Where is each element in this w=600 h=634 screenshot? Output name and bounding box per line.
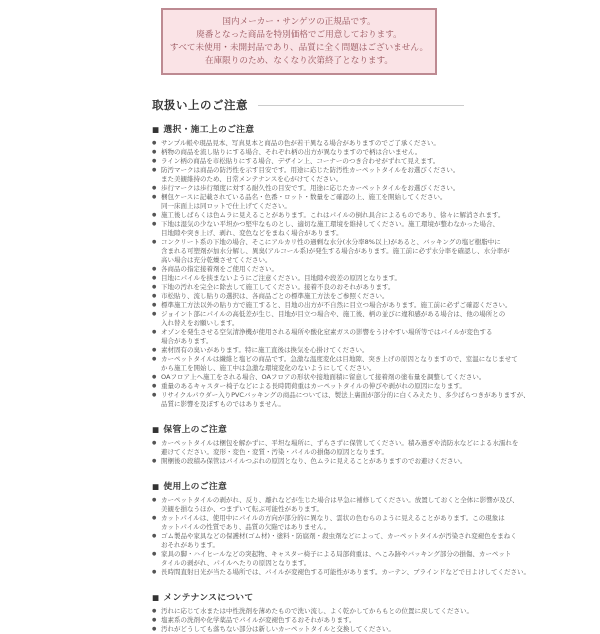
- bullet-icon: ●: [152, 496, 156, 505]
- notice-item: ●カットパイルは、使用中にパイルの方向が部分的に異なり、雲状の色むらのように見え…: [152, 514, 464, 532]
- bullet-icon: ●: [152, 457, 156, 466]
- notice-item-text: 開梱後の段積み保管はパイルつぶれの原因となり、色ムラに見えることがありますのでお…: [161, 457, 467, 465]
- notice-item-text: 歩行マークは歩行頻度に対する耐久性の目安です。用途に応じたカーペットタイルをお選…: [161, 184, 459, 192]
- notice-item-text: 施工後しばらくは色ムラに見えることがあります。これはパイルの倒れ具合によるもので…: [161, 211, 504, 219]
- bullet-icon: ●: [152, 391, 156, 400]
- section: ■使用上のご注意●カーペットタイルの剥がれ、反り、離れなどが生じた場合は早急に補…: [152, 479, 464, 577]
- bullet-icon: ●: [152, 328, 156, 337]
- notice-item: ●サンプル帳や現品見本、写真見本と商品の色が若干異なる場合がありますのでご了承く…: [152, 139, 464, 148]
- bullet-icon: ●: [152, 382, 156, 391]
- notice-item: ●汚れに応じて水または中性洗剤を薄めたもので洗い流し、よく乾かしてからもとの位置…: [152, 607, 464, 616]
- notice-item-text: ゴム製品や家具などの保護材(ゴム材)・塗料・防腐剤・殺虫剤などによって、カーペッ…: [161, 532, 517, 549]
- notice-item: ●防汚マークは商品の防汚性を示す目安です。用途に応じた防汚性カーペットタイルをお…: [152, 166, 464, 184]
- bullet-icon: ●: [152, 283, 156, 292]
- bullet-icon: ●: [152, 238, 156, 247]
- notice-item-text: 標準施工方法以外の貼り方で施工すると、目地の出方が不自然に目立つ場合があります。…: [161, 301, 511, 309]
- section-title: ■保管上のご注意: [152, 422, 464, 435]
- notice-line: すべて未使用・未開封品であり、品質に全く問題はございません。: [165, 42, 433, 55]
- notice-item: ●素材固有の臭いがあります。特に施工直後は換気を心掛けてください。: [152, 346, 464, 355]
- title-rule-divider: [258, 105, 464, 106]
- bullet-icon: ●: [152, 166, 156, 175]
- notice-item: ●汚れがどうしても落ちない部分は新しいカーペットタイルと交換してください。: [152, 625, 464, 634]
- notice-item: ●OAフロア上へ施工をされる場合、OAフロアの形状や接地面積に留意して接着剤の塗…: [152, 373, 464, 382]
- notice-item-text: 目地にパイルを挟まないようにご注意ください。目地隙や段差の原因となります。: [161, 274, 401, 282]
- square-marker-icon: ■: [152, 125, 159, 134]
- notice-item-text: 重量のあるキャスター椅子などによる長時間荷重はカーペットタイルの伸びや剥がれの原…: [161, 382, 466, 390]
- notice-item: ●ジョイント部にパイルの高低差が生じ、目地が目立つ場合や、施工後、柄の並びに違和…: [152, 310, 464, 328]
- notice-box: 国内メーカー・サンゲツの正規品です。廃番となった商品を特別価格でご用意しておりま…: [161, 8, 437, 75]
- notice-item: ●オゾンを発生させる空気清浄機が使用される場所や酸化窒素ガスの影響をうけやすい場…: [152, 328, 464, 346]
- section-title: ■使用上のご注意: [152, 479, 464, 492]
- notice-item: ●目地にパイルを挟まないようにご注意ください。目地隙や段差の原因となります。: [152, 274, 464, 283]
- notice-item-text: 素材固有の臭いがあります。特に施工直後は換気を心掛けてください。: [161, 346, 368, 354]
- section-title-label: 保管上のご注意: [163, 425, 227, 435]
- square-marker-icon: ■: [152, 482, 159, 491]
- notice-item: ●ライン柄の商品を市松貼りにする場合、デザイン上、コーナーのつき合わせがずれて見…: [152, 157, 464, 166]
- bullet-icon: ●: [152, 139, 156, 148]
- bullet-icon: ●: [152, 439, 156, 448]
- page-title: 取扱い上のご注意: [152, 97, 248, 113]
- notice-item: ●カーペットタイルは梱包を解かずに、平坦な場所に、ずらさずに保管してください。積…: [152, 439, 464, 457]
- bullet-icon: ●: [152, 625, 156, 634]
- notice-line: 国内メーカー・サンゲツの正規品です。: [165, 16, 433, 29]
- bullet-icon: ●: [152, 193, 156, 202]
- notice-item: ●リサイクルパウダー入りPVCバッキングの商品については、製法上裏面が部分的に白…: [152, 391, 464, 409]
- notice-item-text: カットパイルは、使用中にパイルの方向が部分的に異なり、雲状の色むらのように見える…: [161, 514, 505, 531]
- title-row: 取扱い上のご注意: [152, 97, 464, 113]
- bullet-icon: ●: [152, 220, 156, 229]
- notice-item-text: 下地は湿気の少ない平坦かつ堅牢なものとし、適切な施工環境を維持してください。施工…: [161, 220, 499, 237]
- bullet-icon: ●: [152, 355, 156, 364]
- bullet-icon: ●: [152, 607, 156, 616]
- bullet-icon: ●: [152, 514, 156, 523]
- notice-item-text: コンクリート系の下地の場合、そこにアルカリ性の過剰な水分(水分率8%以上)がある…: [161, 238, 510, 264]
- notice-item-text: 柄物の商品を流し貼りにする場合、それぞれ柄の出方が異なりますので柄は合いません。: [161, 148, 421, 156]
- section-title-label: 選択・施工上のご注意: [163, 125, 254, 135]
- notice-item-text: 家具の脚・ハイヒールなどの突起物、キャスター椅子による局部荷重は、へこみ跡やバッ…: [161, 550, 511, 567]
- notice-item-text: 梱包ケースに記載されている品名・色番・ロット・数量をご確認の上、施工を開始してく…: [161, 193, 447, 210]
- notice-line: 在庫限りのため、なくなり次第終了となります。: [165, 55, 433, 68]
- bullet-icon: ●: [152, 346, 156, 355]
- notice-item: ●コンクリート系の下地の場合、そこにアルカリ性の過剰な水分(水分率8%以上)があ…: [152, 238, 464, 265]
- notice-item: ●市松貼り、流し貼りの選択は、各商品ごとの標準施工方法をご参照ください。: [152, 292, 464, 301]
- notice-item-text: カーペットタイルは繊維と塩ビの商品です。急激な温度変化は目地隙、突き上げの原因と…: [161, 355, 518, 372]
- notice-item-text: 汚れがどうしても落ちない部分は新しいカーペットタイルと交換してください。: [161, 625, 395, 633]
- notice-item: ●施工後しばらくは色ムラに見えることがあります。これはパイルの倒れ具合によるもの…: [152, 211, 464, 220]
- bullet-icon: ●: [152, 292, 156, 301]
- notice-item-text: 塩素系の洗剤や化学薬品でパイルが変褪色するおそれがあります。: [161, 616, 355, 624]
- square-marker-icon: ■: [152, 425, 159, 434]
- notice-item-text: ライン柄の商品を市松貼りにする場合、デザイン上、コーナーのつき合わせがずれて見え…: [161, 157, 439, 165]
- notice-item-text: サンプル帳や現品見本、写真見本と商品の色が若干異なる場合がありますのでご了承くだ…: [161, 139, 440, 147]
- bullet-icon: ●: [152, 616, 156, 625]
- section-title-label: メンテナンスについて: [163, 593, 253, 603]
- notice-item-text: オゾンを発生させる空気清浄機が使用される場所や酸化窒素ガスの影響をうけやすい場所…: [161, 328, 493, 345]
- notice-item-text: 長時間直射日光が当たる場所では、パイルが変褪色する可能性があります。カーテン、ブ…: [161, 568, 530, 576]
- notice-item: ●梱包ケースに記載されている品名・色番・ロット・数量をご確認の上、施工を開始して…: [152, 193, 464, 211]
- content-column: 国内メーカー・サンゲツの正規品です。廃番となった商品を特別価格でご用意しておりま…: [152, 8, 464, 634]
- notice-item-text: ジョイント部にパイルの高低差が生じ、目地が目立つ場合や、施工後、柄の並びに違和感…: [161, 310, 505, 327]
- notice-item-text: 市松貼り、流し貼りの選択は、各商品ごとの標準施工方法をご参照ください。: [161, 292, 389, 300]
- section-title: ■選択・施工上のご注意: [152, 122, 464, 135]
- notice-item: ●カーペットタイルの剥がれ、反り、離れなどが生じた場合は早急に補修してください。…: [152, 496, 464, 514]
- notice-item: ●各商品の指定接着剤をご使用ください。: [152, 265, 464, 274]
- sections: ■選択・施工上のご注意●サンプル帳や現品見本、写真見本と商品の色が若干異なる場合…: [152, 122, 464, 634]
- bullet-icon: ●: [152, 211, 156, 220]
- bullet-icon: ●: [152, 532, 156, 541]
- notice-item: ●塩素系の洗剤や化学薬品でパイルが変褪色するおそれがあります。: [152, 616, 464, 625]
- notice-item-text: 各商品の指定接着剤をご使用ください。: [161, 265, 278, 273]
- bullet-icon: ●: [152, 310, 156, 319]
- notice-item: ●下地は湿気の少ない平坦かつ堅牢なものとし、適切な施工環境を維持してください。施…: [152, 220, 464, 238]
- notice-item: ●歩行マークは歩行頻度に対する耐久性の目安です。用途に応じたカーペットタイルをお…: [152, 184, 464, 193]
- section: ■保管上のご注意●カーペットタイルは梱包を解かずに、平坦な場所に、ずらさずに保管…: [152, 422, 464, 466]
- bullet-icon: ●: [152, 373, 156, 382]
- bullet-icon: ●: [152, 301, 156, 310]
- notice-item: ●下地の汚れを完全に除去して施工してください。接着不良のおそれがあります。: [152, 283, 464, 292]
- notice-item-text: リサイクルパウダー入りPVCバッキングの商品については、製法上裏面が部分的に白く…: [161, 391, 530, 408]
- bullet-icon: ●: [152, 265, 156, 274]
- notice-line: 廃番となった商品を特別価格でご用意しております。: [165, 29, 433, 42]
- notice-item: ●長時間直射日光が当たる場所では、パイルが変褪色する可能性があります。カーテン、…: [152, 568, 464, 577]
- notice-item-text: 汚れに応じて水または中性洗剤を薄めたもので洗い流し、よく乾かしてからもとの位置に…: [161, 607, 473, 615]
- section-title-label: 使用上のご注意: [163, 482, 227, 492]
- notice-item-text: カーペットタイルは梱包を解かずに、平坦な場所に、ずらさずに保管してください。積み…: [161, 439, 518, 456]
- section: ■メンテナンスについて●汚れに応じて水または中性洗剤を薄めたもので洗い流し、よく…: [152, 590, 464, 634]
- notice-item: ●柄物の商品を流し貼りにする場合、それぞれ柄の出方が異なりますので柄は合いません…: [152, 148, 464, 157]
- bullet-icon: ●: [152, 568, 156, 577]
- bullet-icon: ●: [152, 550, 156, 559]
- notice-item: ●カーペットタイルは繊維と塩ビの商品です。急激な温度変化は目地隙、突き上げの原因…: [152, 355, 464, 373]
- notice-item: ●ゴム製品や家具などの保護材(ゴム材)・塗料・防腐剤・殺虫剤などによって、カーペ…: [152, 532, 464, 550]
- bullet-icon: ●: [152, 274, 156, 283]
- bullet-icon: ●: [152, 148, 156, 157]
- notice-item-text: OAフロア上へ施工をされる場合、OAフロアの形状や接地面積に留意して接着剤の塗布…: [161, 373, 485, 381]
- notice-item: ●家具の脚・ハイヒールなどの突起物、キャスター椅子による局部荷重は、へこみ跡やバ…: [152, 550, 464, 568]
- notice-item: ●重量のあるキャスター椅子などによる長時間荷重はカーペットタイルの伸びや剥がれの…: [152, 382, 464, 391]
- notice-item-text: 防汚マークは商品の防汚性を示す目安です。用途に応じた防汚性カーペットタイルをお選…: [161, 166, 459, 183]
- notice-item: ●開梱後の段積み保管はパイルつぶれの原因となり、色ムラに見えることがありますので…: [152, 457, 464, 466]
- notice-item: ●標準施工方法以外の貼り方で施工すると、目地の出方が不自然に目立つ場合があります…: [152, 301, 464, 310]
- square-marker-icon: ■: [152, 593, 159, 602]
- bullet-icon: ●: [152, 157, 156, 166]
- section: ■選択・施工上のご注意●サンプル帳や現品見本、写真見本と商品の色が若干異なる場合…: [152, 122, 464, 409]
- bullet-icon: ●: [152, 184, 156, 193]
- section-title: ■メンテナンスについて: [152, 590, 464, 603]
- notice-item-text: 下地の汚れを完全に除去して施工してください。接着不良のおそれがあります。: [161, 283, 394, 291]
- notice-item-text: カーペットタイルの剥がれ、反り、離れなどが生じた場合は早急に補修してください。放…: [161, 496, 519, 513]
